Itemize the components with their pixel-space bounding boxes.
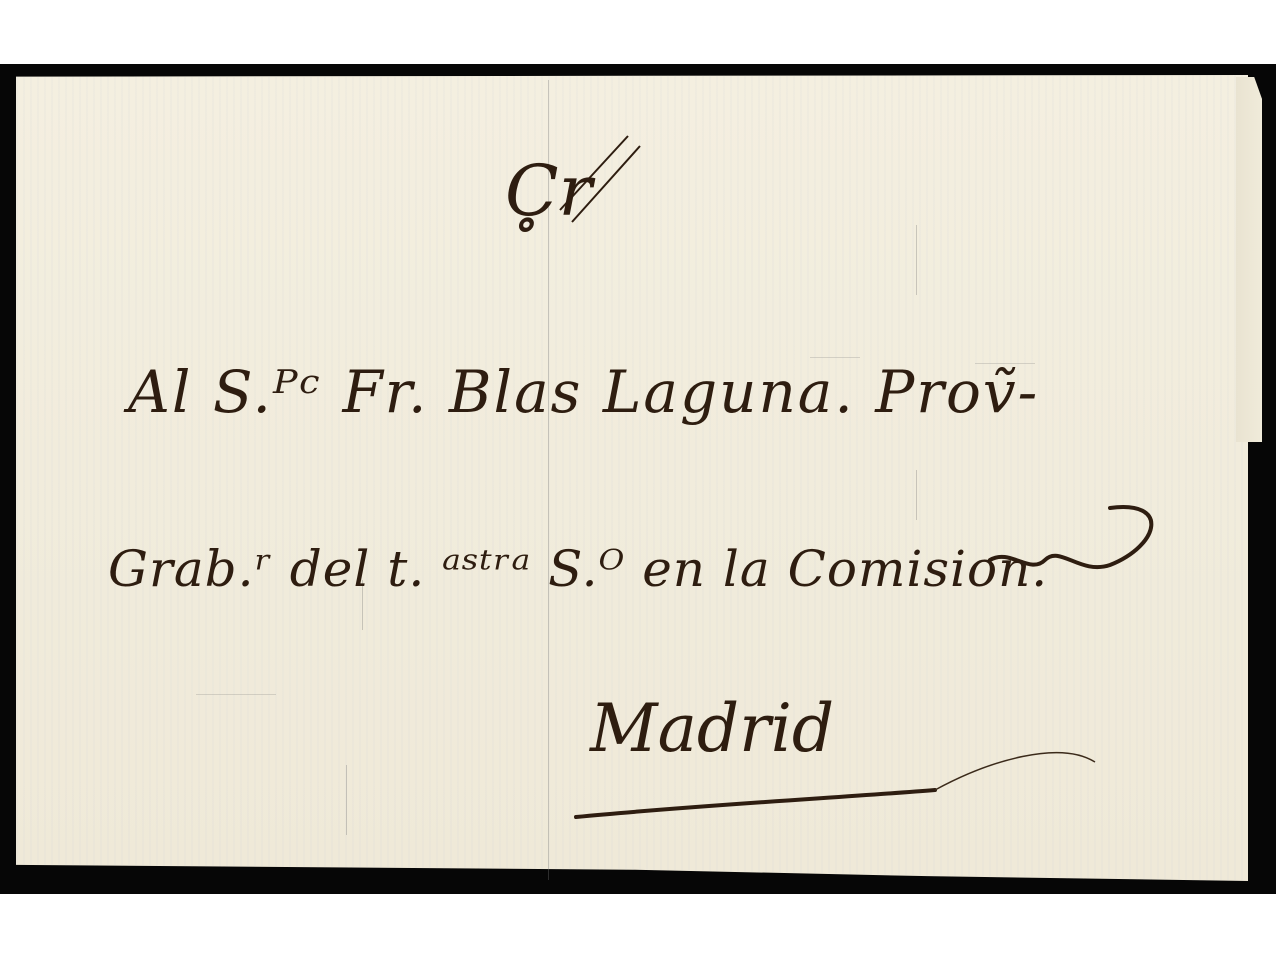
ink-flourishes — [0, 0, 1276, 956]
